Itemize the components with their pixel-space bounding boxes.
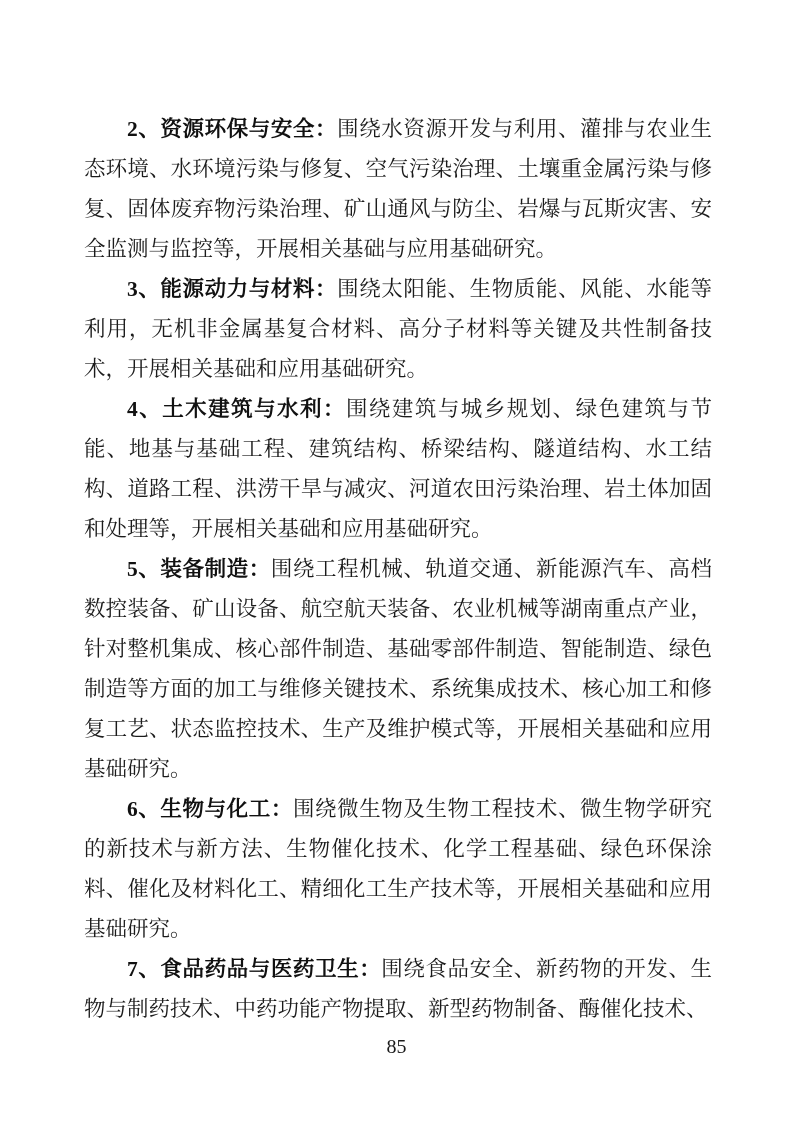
section-paragraph-7: 7、食品药品与医药卫生：围绕食品安全、新药物的开发、生物与制药技术、中药功能产物… xyxy=(84,949,712,1029)
page-body-text: 2、资源环保与安全：围绕水资源开发与利用、灌排与农业生态环境、水环境污染与修复、… xyxy=(84,109,712,1029)
section-body-5: 围绕工程机械、轨道交通、新能源汽车、高档数控装备、矿山设备、航空航天装备、农业机… xyxy=(84,557,712,781)
page-number: 85 xyxy=(0,1034,793,1060)
section-paragraph-6: 6、生物与化工：围绕微生物及生物工程技术、微生物学研究的新技术与新方法、生物催化… xyxy=(84,789,712,949)
document-page: 2、资源环保与安全：围绕水资源开发与利用、灌排与农业生态环境、水环境污染与修复、… xyxy=(0,0,793,1122)
section-heading-5: 5、装备制造： xyxy=(127,557,271,581)
section-heading-7: 7、食品药品与医药卫生： xyxy=(127,957,381,981)
section-paragraph-3: 3、能源动力与材料：围绕太阳能、生物质能、风能、水能等利用，无机非金属基复合材料… xyxy=(84,269,712,389)
section-heading-4: 4、土木建筑与水利： xyxy=(127,397,346,421)
section-heading-3: 3、能源动力与材料： xyxy=(127,277,337,301)
section-paragraph-5: 5、装备制造：围绕工程机械、轨道交通、新能源汽车、高档数控装备、矿山设备、航空航… xyxy=(84,549,712,789)
section-heading-6: 6、生物与化工： xyxy=(127,797,293,821)
section-paragraph-4: 4、土木建筑与水利：围绕建筑与城乡规划、绿色建筑与节能、地基与基础工程、建筑结构… xyxy=(84,389,712,549)
section-heading-2: 2、资源环保与安全： xyxy=(127,117,337,141)
section-paragraph-2: 2、资源环保与安全：围绕水资源开发与利用、灌排与农业生态环境、水环境污染与修复、… xyxy=(84,109,712,269)
